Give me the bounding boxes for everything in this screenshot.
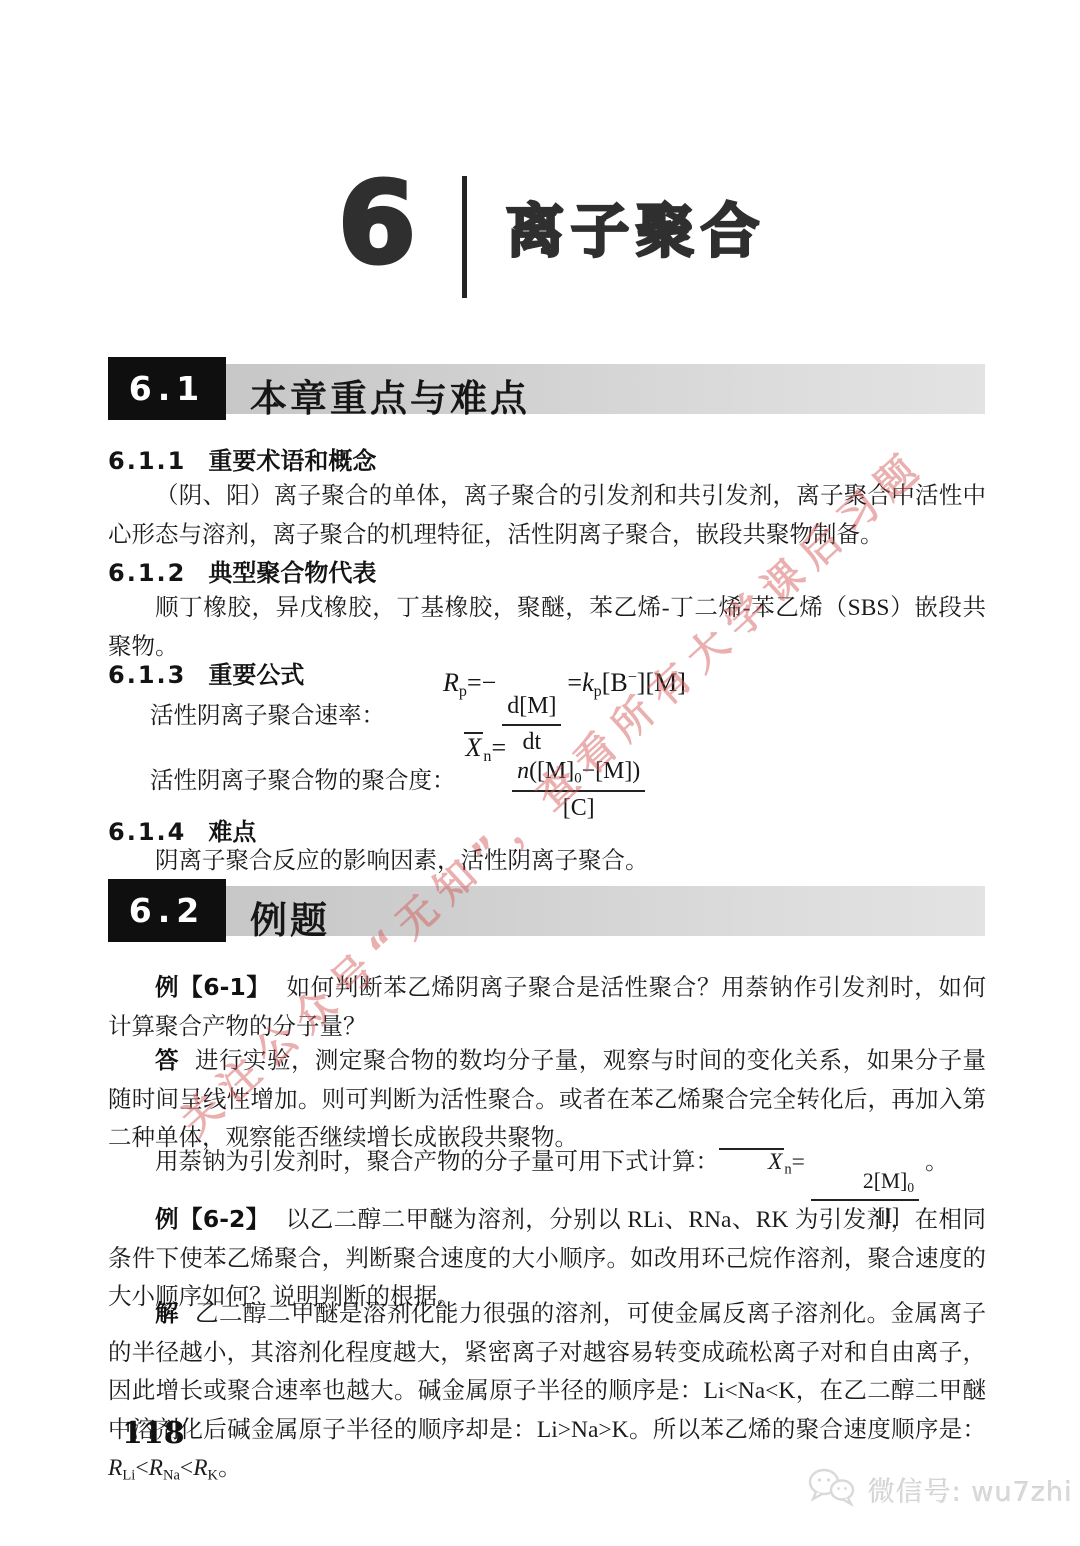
formula-dp-label: 活性阴离子聚合物的聚合度：	[150, 761, 456, 795]
heading-6-1-2-title: 典型聚合物代表	[208, 559, 376, 587]
heading-6-1-2-number: 6.1.2	[108, 559, 186, 587]
chapter-title: 离子聚合	[506, 200, 766, 264]
chapter-divider-rule	[462, 176, 467, 298]
wechat-id-label: 微信号: wu7zhi	[868, 1470, 1073, 1509]
page-number: 118	[122, 1416, 185, 1451]
heading-6-1-1: 6.1.1重要术语和概念	[108, 441, 985, 476]
chapter-number: 6	[338, 168, 416, 280]
example-6-2-tag: 例【6-2】	[155, 1205, 270, 1233]
paragraph-terms: （阴、阳）离子聚合的单体，离子聚合的引发剂和共引发剂，离子聚合中活性中心形态与溶…	[108, 477, 986, 554]
formula-dp-row: 活性阴离子聚合物的聚合度： Xn=n([M]0−[M])[C]	[108, 746, 986, 810]
section-6-1-number: 6.1	[108, 357, 226, 420]
paragraph-difficulties: 阴离子聚合反应的影响因素，活性阴离子聚合。	[108, 842, 986, 881]
example-6-1-tag: 例【6-1】	[155, 973, 271, 1001]
example-6-1-answer: 答进行实验，测定聚合物的数均分子量，观察与时间的变化关系，如果分子量随时间呈线性…	[108, 1041, 986, 1158]
section-6-2-number: 6.2	[108, 879, 226, 942]
section-6-1-title: 本章重点与难点	[250, 368, 530, 422]
formula-rate-label: 活性阴离子聚合速率：	[150, 696, 385, 730]
formula-dp: Xn=n([M]0−[M])[C]	[464, 732, 652, 823]
wechat-icon	[806, 1466, 858, 1513]
section-6-1-banner: 6.1 本章重点与难点	[108, 364, 985, 414]
solution-tag: 解	[155, 1299, 179, 1327]
example-6-1-question: 例【6-1】如何判断苯乙烯阴离子聚合是活性聚合？用萘钠作引发剂时，如何计算聚合产…	[108, 968, 986, 1046]
section-6-2-title: 例题	[250, 890, 330, 944]
heading-6-1-1-title: 重要术语和概念	[208, 447, 376, 475]
example-6-2-solution: 解乙二醇二甲醚是溶剂化能力很强的溶剂，可使金属反离子溶剂化。金属离子的半径越小，…	[108, 1294, 986, 1495]
heading-6-1-2: 6.1.2典型聚合物代表	[108, 553, 985, 588]
answer-text: 进行实验，测定聚合物的数均分子量，观察与时间的变化关系，如果分子量随时间呈线性增…	[108, 1048, 986, 1151]
wechat-watermark: 微信号: wu7zhi	[806, 1466, 1073, 1513]
textbook-page: 关注公众号“无知”，查看所有大学课后习题 6 离子聚合 6.1 本章重点与难点 …	[0, 0, 1080, 1546]
solution-text: 乙二醇二甲醚是溶剂化能力很强的溶剂，可使金属反离子溶剂化。金属离子的半径越小，其…	[108, 1301, 986, 1481]
section-6-2-banner: 6.2 例题	[108, 886, 985, 936]
answer-tag: 答	[155, 1046, 179, 1074]
heading-6-1-1-number: 6.1.1	[108, 447, 186, 475]
